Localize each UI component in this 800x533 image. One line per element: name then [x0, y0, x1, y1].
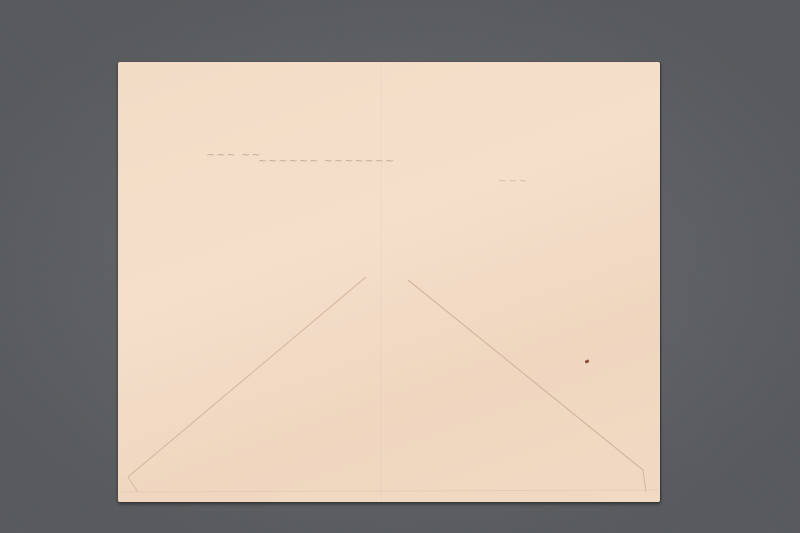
pencil-note: ~~~: [498, 174, 529, 187]
envelope-flap-lines: [118, 62, 660, 502]
pencil-note: ~~~ ~~: [206, 148, 262, 161]
pencil-note: ~~~~~~ ~~~~~~~: [258, 154, 395, 167]
envelope-back: ~~~ ~~ ~~~~~~ ~~~~~~~ ~~~: [118, 62, 660, 502]
